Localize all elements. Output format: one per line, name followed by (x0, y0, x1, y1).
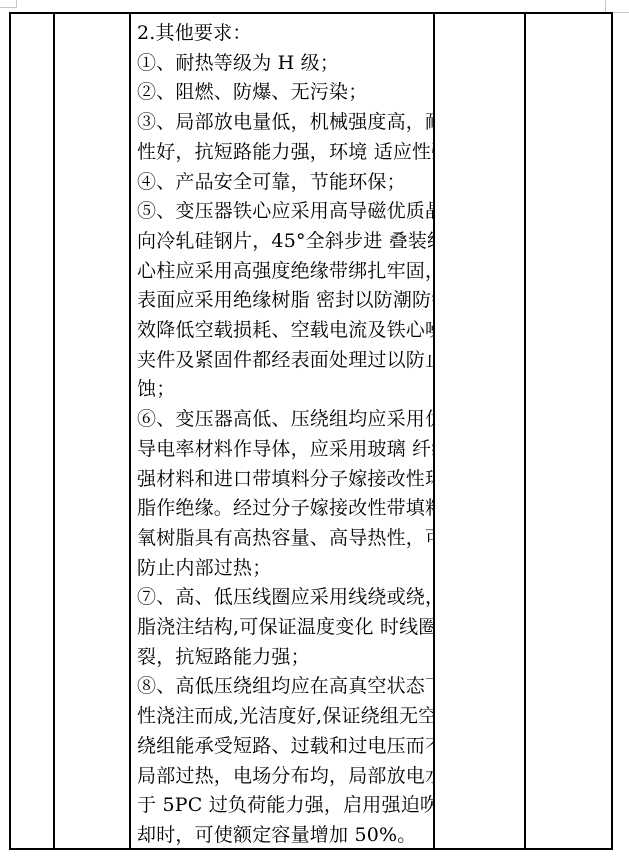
text-line-heading: 2.其他要求： (137, 19, 433, 49)
text-line: 性好，抗短路能力强，环境 适应性强； (137, 138, 433, 168)
gridline-top-left-vertical (16, 0, 17, 8)
text-line: 却时，可使额定容量增加 50%。 (137, 821, 433, 846)
text-line: ②、阻燃、防爆、无污染； (137, 78, 433, 108)
gridline-top-left-horizontal (0, 7, 17, 8)
text-line: ⑥、变压器高低、压绕组均应采用优质高 (137, 405, 433, 435)
text-line: 性浇注而成,光洁度好,保证绕组无空隙, (137, 702, 433, 732)
text-line: 脂浇注结构,可保证温度变化 时线圈无开 (137, 613, 433, 643)
text-line: 绕组能承受短路、过载和过电压而不发生 (137, 732, 433, 762)
table-cell-col2-empty[interactable] (55, 14, 129, 848)
document-page: 2.其他要求： ①、耐热等级为 H 级； ②、阻燃、防爆、无污染； ③、局部放电… (0, 0, 629, 859)
text-line: 夹件及紧固件都经表面处理过以防止锈 (137, 346, 433, 376)
text-line: 于 5PC 过负荷能力强，启用强迫吹风冷 (137, 791, 433, 821)
text-line: ①、耐热等级为 H 级； (137, 49, 433, 79)
text-line: ③、局部放电量低，机械强度高，耐冲击 (137, 108, 433, 138)
text-line: 导电率材料作导体，应采用玻璃 纤维为增 (137, 435, 433, 465)
text-line: ④、产品安全可靠，节能环保； (137, 168, 433, 198)
text-line: 氧树脂具有高热容量、高导热性，可有效 (137, 524, 433, 554)
text-line: ⑦、高、低压线圈应采用线绕或绕，环树 (137, 583, 433, 613)
table-cell-col4-empty[interactable] (435, 14, 524, 848)
text-line: 局部过热，电场分布均，局部放电水平小 (137, 762, 433, 792)
text-line: 蚀； (137, 375, 433, 405)
text-line: 防止内部过热； (137, 554, 433, 584)
text-line: 强材料和进口带填料分子嫁接改性环氧树 (137, 465, 433, 495)
table-cell-col5-empty[interactable] (526, 14, 611, 848)
column-separator-2 (129, 14, 131, 848)
table-cell-col1-empty[interactable] (11, 14, 53, 848)
text-line: 脂作绝缘。经过分子嫁接改性带填料的环 (137, 494, 433, 524)
text-line: 心柱应采用高强度绝缘带绑扎牢固，铁心 (137, 257, 433, 287)
text-line: ⑧、高低压绕组均应在高真空状态下一次 (137, 672, 433, 702)
requirements-table-row: 2.其他要求： ①、耐热等级为 H 级； ②、阻燃、防爆、无污染； ③、局部放电… (9, 12, 613, 850)
text-line: 表面应采用绝缘树脂 密封以防潮防锈,有 (137, 286, 433, 316)
text-line: 裂，抗短路能力强； (137, 643, 433, 673)
text-line: 效降低空载损耗、空载电流及铁心噪声； (137, 316, 433, 346)
text-line: 向冷轧硅钢片，45°全斜步进 叠装结构， (137, 227, 433, 257)
text-line: ⑤、变压器铁心应采用高导磁优质晶粒取 (137, 197, 433, 227)
table-cell-other-requirements[interactable]: 2.其他要求： ①、耐热等级为 H 级； ②、阻燃、防爆、无污染； ③、局部放电… (133, 17, 433, 846)
gridline-top-right-horizontal (613, 12, 629, 13)
